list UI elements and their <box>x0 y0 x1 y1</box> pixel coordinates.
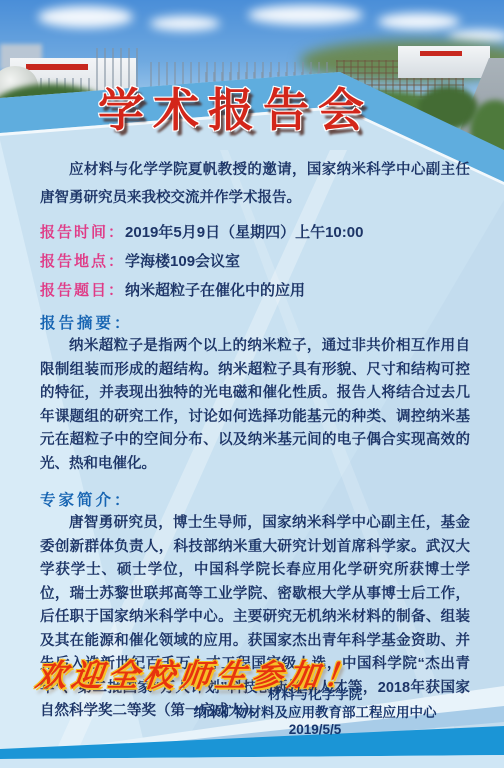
footer-line-center: 纳米矿物材料及应用教育部工程应用中心 <box>140 704 490 722</box>
lecture-poster: 学术报告会 应材料与化学学院夏帆教授的邀请，国家纳米科学中心副主任唐智勇研究员来… <box>0 0 504 768</box>
info-label-time: 报告时间： <box>40 224 125 241</box>
info-value-time: 2019年5月9日（星期四）上午10:00 <box>125 224 363 241</box>
info-label-location: 报告地点： <box>40 253 125 270</box>
info-value-topic: 纳米超粒子在催化中的应用 <box>125 282 305 299</box>
cloud <box>378 13 460 30</box>
cloud <box>38 6 133 28</box>
bio-heading: 专家简介： <box>40 488 470 510</box>
abstract-section: 报告摘要： 纳米超粒子是指两个以上的纳米粒子，通过非共价相互作用自限制组装而形成… <box>40 311 470 476</box>
footer-line-department: 材料与化学学院 <box>140 686 490 704</box>
abstract-body: 纳米超粒子是指两个以上的纳米粒子，通过非共价相互作用自限制组装而形成的超结构。纳… <box>40 335 470 476</box>
cloud <box>248 5 363 25</box>
info-label-topic: 报告题目： <box>40 282 125 299</box>
trees <box>0 84 113 142</box>
footer-line-date: 2019/5/5 <box>140 721 490 739</box>
report-info: 报告时间：2019年5月9日（星期四）上午10:00 报告地点：学海楼109会议… <box>40 218 470 305</box>
poster-title: 学术报告会 <box>98 74 418 140</box>
intro-paragraph: 应材料与化学学院夏帆教授的邀请，国家纳米科学中心副主任唐智勇研究员来我校交流并作… <box>40 156 470 212</box>
content-area: 应材料与化学学院夏帆教授的邀请，国家纳米科学中心副主任唐智勇研究员来我校交流并作… <box>40 156 470 736</box>
cloud <box>150 16 220 31</box>
trees <box>418 86 478 130</box>
bottom-strip <box>0 755 504 768</box>
info-line-location: 报告地点：学海楼109会议室 <box>40 247 470 276</box>
building-sign <box>26 64 88 70</box>
abstract-heading: 报告摘要： <box>40 311 470 333</box>
building-sign <box>420 51 462 56</box>
footer-signature: 材料与化学学院 纳米矿物材料及应用教育部工程应用中心 2019/5/5 <box>140 686 490 739</box>
info-line-time: 报告时间：2019年5月9日（星期四）上午10:00 <box>40 218 470 247</box>
info-line-topic: 报告题目：纳米超粒子在催化中的应用 <box>40 276 470 305</box>
info-value-location: 学海楼109会议室 <box>125 253 240 270</box>
